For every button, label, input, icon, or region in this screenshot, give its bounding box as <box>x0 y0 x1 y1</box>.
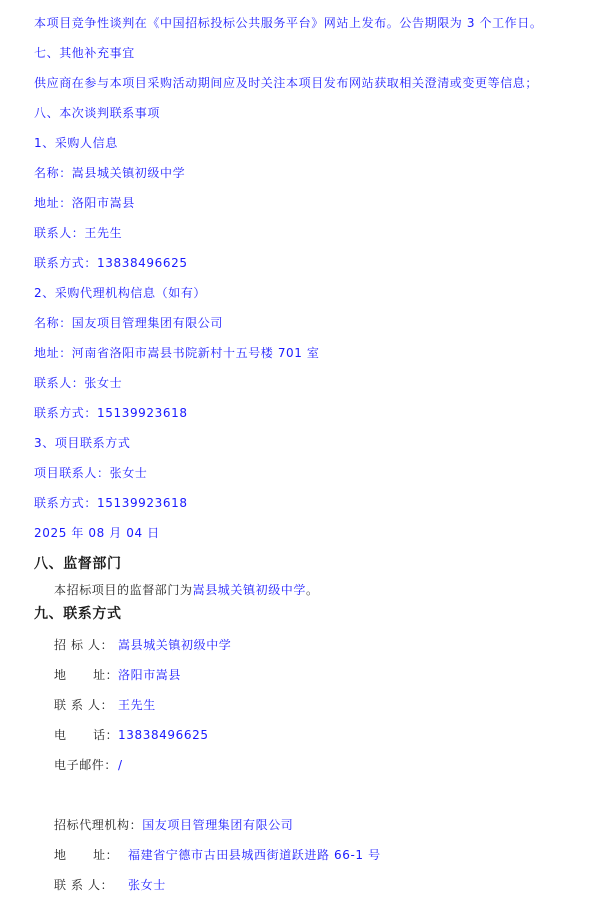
agency-name-label: 招标代理机构： <box>54 817 142 833</box>
tenderer-email-row: 电子邮件：/ <box>54 757 123 773</box>
agency-phone: 联系方式：15139923618 <box>34 405 188 421</box>
agency-name: 名称：国友项目管理集团有限公司 <box>34 315 223 331</box>
announcement-date: 2025 年 08 月 04 日 <box>34 525 160 541</box>
agency-contact: 联系人：张女士 <box>34 375 122 391</box>
contact-info-title: 九、联系方式 <box>34 605 122 623</box>
section-7-body: 供应商在参与本项目采购活动期间应及时关注本项目发布网站获取相关澄清或变更等信息； <box>34 75 538 91</box>
tenderer-phone-label: 电 话： <box>54 727 118 743</box>
tenderer-contact-label: 联 系 人： <box>54 697 118 713</box>
agency-address-label: 地 址： <box>54 847 128 863</box>
agency-heading: 2、采购代理机构信息（如有） <box>34 285 206 301</box>
project-contact-person: 项目联系人：张女士 <box>34 465 147 481</box>
publication-notice: 本项目竞争性谈判在《中国招标投标公共服务平台》网站上发布。公告期限为 3 个工作… <box>34 15 542 31</box>
tenderer-phone-row: 电 话：13838496625 <box>54 727 209 743</box>
agency-name-row: 招标代理机构：国友项目管理集团有限公司 <box>54 817 293 833</box>
tenderer-name-label: 招 标 人： <box>54 637 118 653</box>
tenderer-name-value: 嵩县城关镇初级中学 <box>118 638 231 652</box>
tenderer-address-label: 地 址： <box>54 667 118 683</box>
tenderer-address-row: 地 址：洛阳市嵩县 <box>54 667 181 683</box>
supervision-body: 本招标项目的监督部门为嵩县城关镇初级中学。 <box>54 582 319 598</box>
purchaser-phone: 联系方式：13838496625 <box>34 255 188 271</box>
supervision-body-value: 嵩县城关镇初级中学 <box>193 583 306 597</box>
agency-contact-value: 张女士 <box>128 878 166 892</box>
agency-address-row: 地 址：福建省宁德市古田县城西街道跃进路 66-1 号 <box>54 847 381 863</box>
tenderer-contact-value: 王先生 <box>118 698 156 712</box>
agency-contact-row: 联 系 人：张女士 <box>54 877 166 893</box>
section-8-contact-title: 八、本次谈判联系事项 <box>34 105 160 121</box>
purchaser-contact: 联系人：王先生 <box>34 225 122 241</box>
purchaser-address: 地址：洛阳市嵩县 <box>34 195 135 211</box>
project-contact-heading: 3、项目联系方式 <box>34 435 130 451</box>
tenderer-address-value: 洛阳市嵩县 <box>118 668 181 682</box>
supervision-body-suffix: 。 <box>306 583 319 597</box>
section-7-title: 七、其他补充事宜 <box>34 45 135 61</box>
tenderer-email-label: 电子邮件： <box>54 757 118 773</box>
tenderer-phone-value: 13838496625 <box>118 728 209 742</box>
project-contact-phone: 联系方式：15139923618 <box>34 495 188 511</box>
tenderer-email-value: / <box>118 758 123 772</box>
purchaser-heading: 1、采购人信息 <box>34 135 118 151</box>
supervision-title: 八、监督部门 <box>34 555 122 573</box>
agency-name-value: 国友项目管理集团有限公司 <box>142 818 293 832</box>
supervision-body-prefix: 本招标项目的监督部门为 <box>54 583 193 597</box>
agency-address-value: 福建省宁德市古田县城西街道跃进路 66-1 号 <box>128 848 381 862</box>
agency-contact-label: 联 系 人： <box>54 877 128 893</box>
agency-address: 地址：河南省洛阳市嵩县书院新村十五号楼 701 室 <box>34 345 320 361</box>
tenderer-name-row: 招 标 人：嵩县城关镇初级中学 <box>54 637 231 653</box>
purchaser-name: 名称：嵩县城关镇初级中学 <box>34 165 185 181</box>
tenderer-contact-row: 联 系 人：王先生 <box>54 697 156 713</box>
